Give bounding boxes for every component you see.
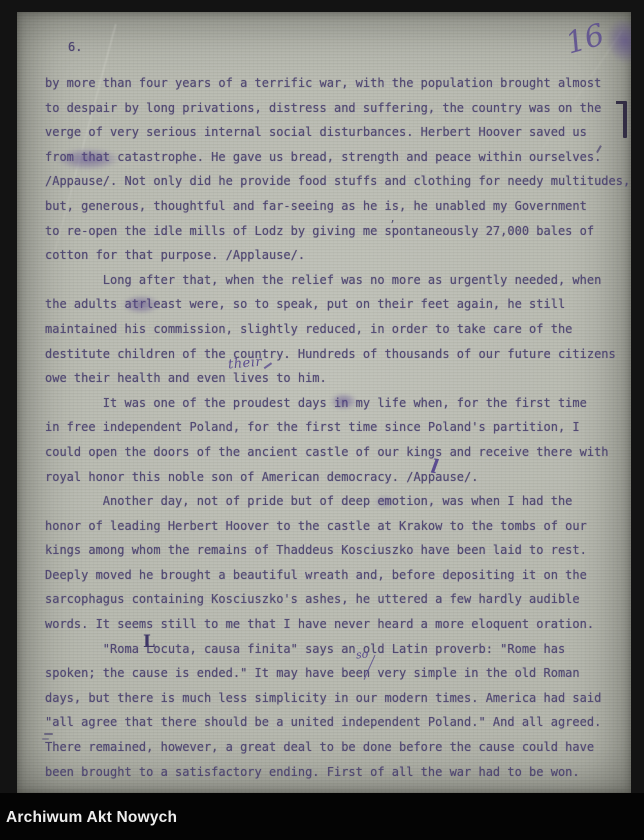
handwritten-insertion-their: their (227, 355, 262, 373)
ink-smudge (374, 495, 395, 509)
handwritten-correction-L: L (143, 632, 155, 652)
margin-dash-mark (42, 738, 49, 740)
text-line: "all agree that there should be a united… (45, 710, 631, 735)
page-number: 6. (68, 40, 82, 54)
ink-blot (601, 14, 631, 68)
text-line: by more than four years of a terrific wa… (45, 71, 631, 96)
text-line: royal honor this noble son of American d… (45, 465, 631, 490)
margin-dash-mark (44, 733, 53, 735)
handwritten-folio-number: 16 (562, 17, 608, 61)
text-line: been brought to a satisfactory ending. F… (45, 760, 631, 785)
text-line: verge of very serious internal social di… (45, 120, 631, 145)
text-line: days, but there is much less simplicity … (45, 686, 631, 711)
text-line: sarcophagus containing Kosciuszko's ashe… (45, 587, 631, 612)
archive-footer: Archiwum Akt Nowych (0, 793, 644, 840)
text-line: Long after that, when the relief was no … (45, 268, 631, 293)
ink-smudge (122, 295, 160, 314)
text-line: but, generous, thoughtful and far-seeing… (45, 194, 631, 219)
text-line: in free independent Poland, for the firs… (45, 415, 631, 440)
archive-label: Archiwum Akt Nowych (6, 809, 177, 827)
text-line: to despair by long privations, distress … (45, 96, 631, 121)
text-line: kings among whom the remains of Thaddeus… (45, 538, 631, 563)
text-line: There remained, however, a great deal to… (45, 735, 631, 760)
typewritten-text: by more than four years of a terrific wa… (45, 71, 631, 784)
text-line: could open the doors of the ancient cast… (45, 440, 631, 465)
text-line: spoken; the cause is ended." It may have… (45, 661, 631, 686)
paper-page: 6. by more than four years of a terrific… (17, 12, 631, 793)
text-line: Deeply moved he brought a beautiful wrea… (45, 563, 631, 588)
text-line: maintained his commission, slightly redu… (45, 317, 631, 342)
text-line: words. It seems still to me that I have … (45, 612, 631, 637)
text-line: destitute children of the country. Hundr… (45, 342, 631, 367)
ink-smudge (330, 393, 357, 410)
text-line: Another day, not of pride but of deep em… (45, 489, 631, 514)
text-line: cotton for that purpose. /Applause/. (45, 243, 631, 268)
handwritten-insertion-so: so (355, 647, 369, 661)
text-line: owe their health and even lives to him. (45, 366, 631, 391)
text-line: /Appause/. Not only did he provide food … (45, 169, 631, 194)
text-line: from that catastrophe. He gave us bread,… (45, 145, 631, 170)
text-line: honor of leading Herbert Hoover to the c… (45, 514, 631, 539)
text-line: to re-open the idle mills of Lodz by giv… (45, 219, 631, 244)
scanned-document-view: 6. by more than four years of a terrific… (0, 0, 644, 840)
ink-smudge (56, 148, 120, 170)
text-line: "Roma Locuta, causa finita" says an old … (45, 637, 631, 662)
edge-ink-mark (623, 101, 627, 138)
typed-apostrophe-correction: ’ (389, 218, 396, 231)
